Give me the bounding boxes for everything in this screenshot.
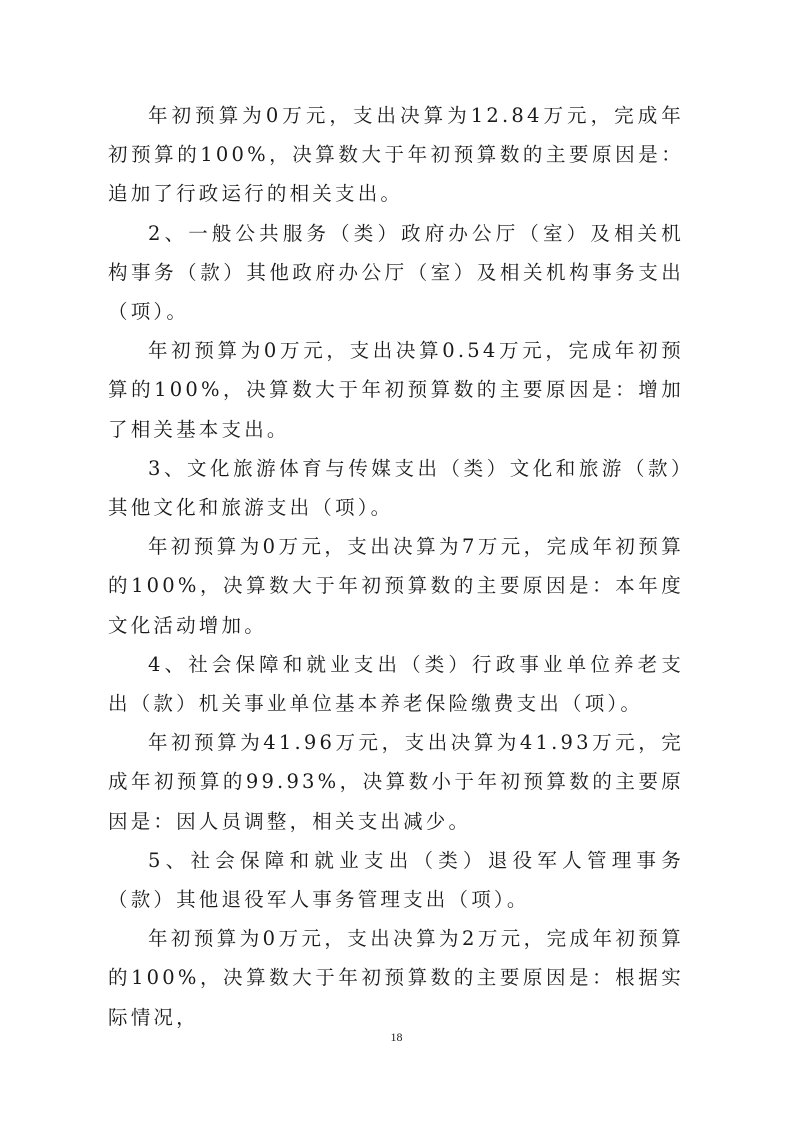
- page-number: 18: [0, 1030, 793, 1045]
- paragraph-item4-budget-explanation: 年初预算为41.96万元，支出决算为41.93万元，完成年初预算的99.93%，…: [108, 723, 684, 841]
- paragraph-item5-heading: 5、社会保障和就业支出（类）退役军人管理事务（款）其他退役军人事务管理支出（项）…: [108, 841, 684, 919]
- paragraph-item2-budget-explanation: 年初预算为0万元，支出决算0.54万元，完成年初预算的100%，决算数大于年初预…: [108, 331, 684, 449]
- paragraph-item5-budget-explanation: 年初预算为0万元，支出决算为2万元，完成年初预算的100%，决算数大于年初预算数…: [108, 919, 684, 1037]
- paragraph-item3-heading: 3、文化旅游体育与传媒支出（类）文化和旅游（款）其他文化和旅游支出（项）。: [108, 449, 684, 527]
- document-page-body: 年初预算为0万元，支出决算为12.84万元，完成年初预算的100%，决算数大于年…: [108, 96, 684, 1037]
- paragraph-item1-budget-explanation: 年初预算为0万元，支出决算为12.84万元，完成年初预算的100%，决算数大于年…: [108, 96, 684, 214]
- paragraph-item4-heading: 4、社会保障和就业支出（类）行政事业单位养老支出（款）机关事业单位基本养老保险缴…: [108, 645, 684, 723]
- paragraph-item2-heading: 2、一般公共服务（类）政府办公厅（室）及相关机构事务（款）其他政府办公厅（室）及…: [108, 214, 684, 332]
- paragraph-item3-budget-explanation: 年初预算为0万元，支出决算为7万元，完成年初预算的100%，决算数大于年初预算数…: [108, 527, 684, 645]
